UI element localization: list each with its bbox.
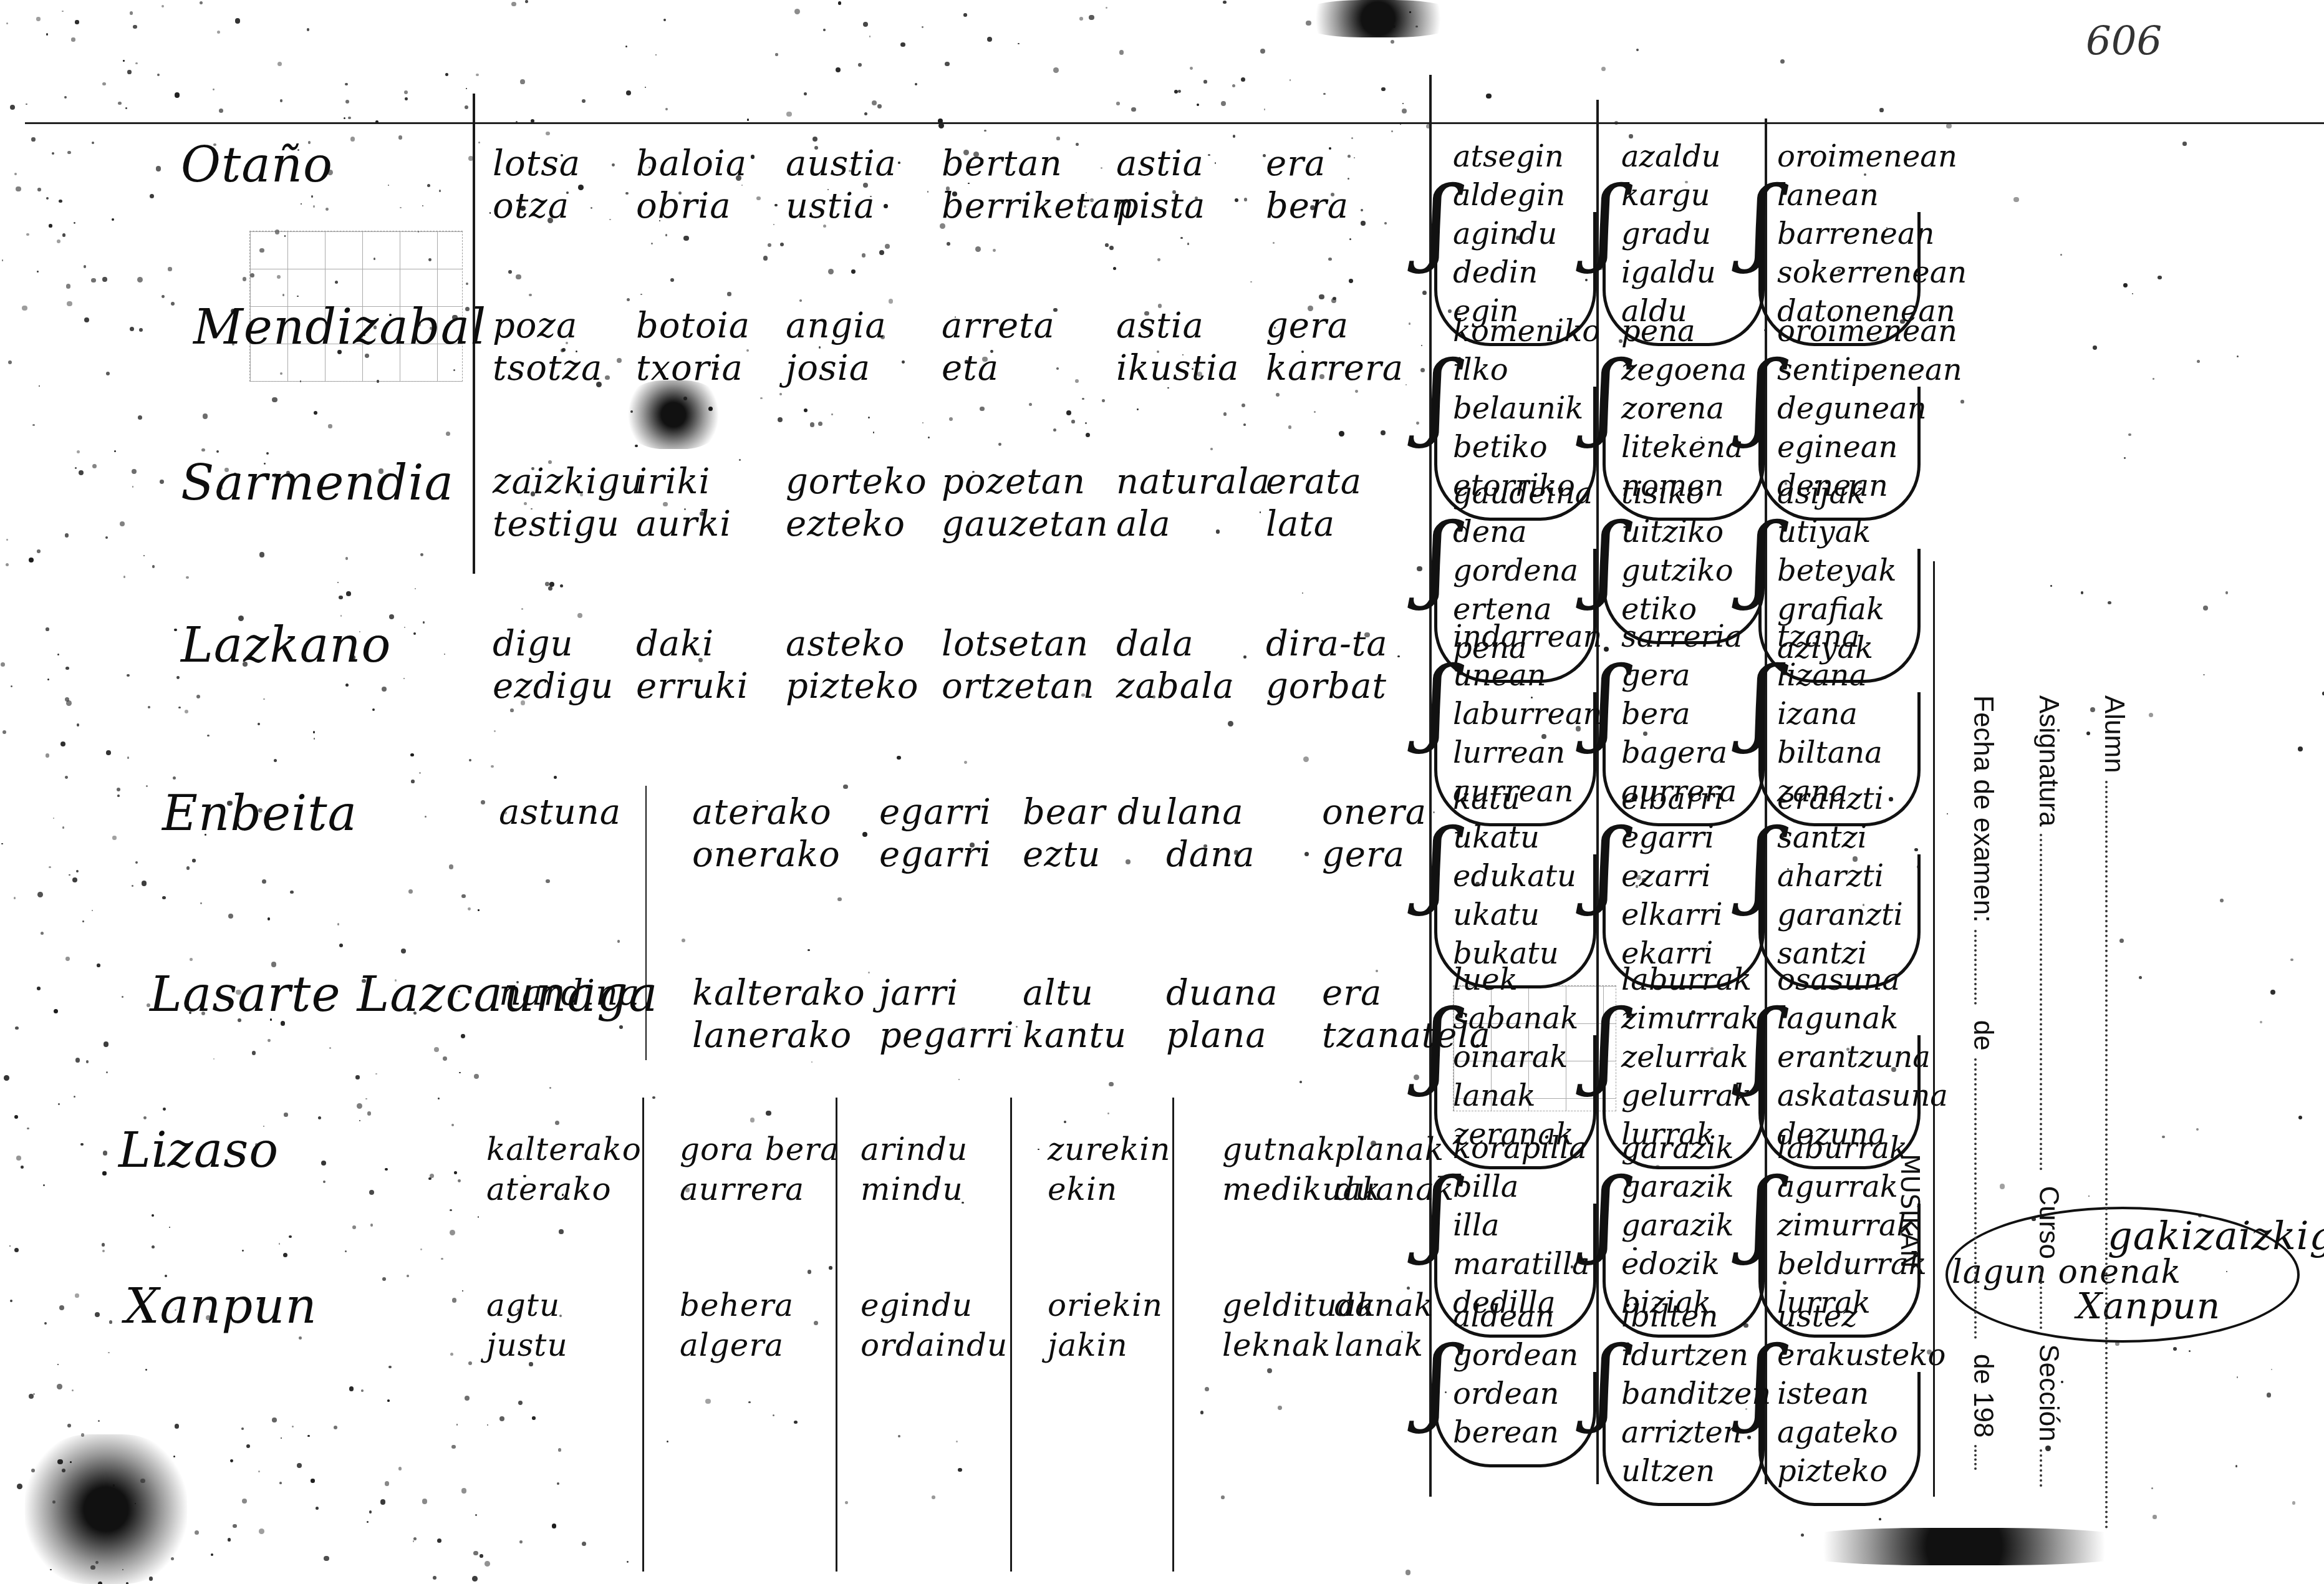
- scan-speck: [525, 0, 528, 3]
- verse-word: iriki: [636, 461, 710, 503]
- scan-speck: [1107, 1113, 1109, 1114]
- scan-speck: [106, 750, 111, 755]
- scan-speck: [95, 1312, 100, 1317]
- scan-speck: [2153, 378, 2154, 380]
- scan-speck: [60, 741, 66, 747]
- scan-speck: [388, 185, 389, 186]
- scan-speck: [862, 832, 868, 838]
- scan-speck: [1056, 137, 1059, 140]
- scan-speck: [741, 185, 743, 186]
- verse-prefix: nardina: [499, 973, 640, 1014]
- scan-speck: [998, 443, 1001, 446]
- scan-speck: [1381, 87, 1385, 91]
- verse-word: mindu: [861, 1169, 963, 1210]
- verse-word: austia: [786, 143, 897, 185]
- fecha-month-dotted-line: [1974, 1058, 1983, 1339]
- scan-speck: [617, 940, 620, 943]
- scan-speck: [1187, 243, 1189, 244]
- alumno-label: Alumn: [2099, 695, 2129, 773]
- scan-speck: [325, 208, 329, 211]
- verse-prefix: astuna: [499, 792, 621, 833]
- form-field-fecha: Fecha de examen: de de 198: [1967, 695, 1999, 1477]
- scan-speck: [22, 306, 27, 311]
- scan-speck: [127, 70, 132, 74]
- ink-blot: [624, 380, 723, 449]
- scan-speck: [932, 1495, 935, 1499]
- scan-speck: [445, 73, 448, 76]
- scan-speck: [518, 1401, 523, 1405]
- scan-speck: [619, 1025, 624, 1030]
- scan-speck: [1879, 1518, 1881, 1520]
- scan-speck: [301, 203, 302, 205]
- scan-speck: [112, 836, 117, 840]
- scan-speck: [59, 200, 62, 203]
- verse-word: dira-ta: [1266, 624, 1388, 665]
- scan-speck: [192, 859, 195, 862]
- scan-speck: [663, 19, 667, 22]
- scan-speck: [109, 1320, 112, 1323]
- verse-word: ezteko: [786, 504, 905, 545]
- scan-speck: [760, 397, 762, 399]
- scan-speck: [75, 467, 76, 468]
- scan-speck: [37, 549, 40, 553]
- scan-speck: [1079, 17, 1082, 20]
- scan-speck: [2153, 1515, 2156, 1519]
- scan-speck: [9, 1245, 11, 1247]
- scan-speck: [46, 33, 49, 36]
- scan-speck: [14, 173, 17, 175]
- scan-speck: [74, 1096, 75, 1098]
- scan-speck: [382, 1277, 386, 1281]
- scan-speck: [57, 654, 59, 655]
- scan-speck: [818, 422, 822, 426]
- scan-speck: [2270, 990, 2275, 995]
- scan-speck: [143, 1116, 147, 1119]
- scan-speck: [2237, 355, 2239, 357]
- scan-speck: [132, 885, 133, 887]
- scan-speck: [258, 1471, 261, 1473]
- scanned-page: 606 Otañolotsabaloiaaustiabertanastiaera…: [0, 0, 2324, 1584]
- scan-speck: [780, 243, 784, 246]
- scan-speck: [617, 358, 622, 363]
- rhyme-word: santzi: [1777, 818, 1903, 857]
- scan-speck: [837, 897, 842, 902]
- scan-speck: [1180, 237, 1182, 239]
- verse-word: gera: [1322, 834, 1405, 876]
- scan-speck: [510, 708, 514, 712]
- scan-speck: [452, 1298, 457, 1303]
- scan-speck: [75, 1058, 80, 1062]
- scan-speck: [67, 301, 72, 307]
- rhyme-word: asijak: [1777, 474, 1897, 513]
- scan-speck: [219, 109, 223, 113]
- scan-speck: [413, 1540, 415, 1542]
- verse-word: bertan: [942, 143, 1063, 185]
- scan-speck: [137, 277, 143, 283]
- scan-speck: [1038, 1149, 1039, 1151]
- scan-speck: [2158, 276, 2161, 279]
- scan-speck: [485, 1561, 490, 1567]
- scan-speck: [2151, 1487, 2153, 1489]
- scan-speck: [6, 563, 9, 566]
- verse-word: berriketan: [942, 186, 1134, 227]
- scan-speck: [27, 1128, 29, 1129]
- scan-speck: [422, 1499, 427, 1504]
- verse-word: arindu: [861, 1129, 968, 1170]
- verse-word: angia: [786, 306, 887, 347]
- scan-speck: [132, 469, 137, 474]
- verse-word: naturala: [1116, 461, 1270, 503]
- asignatura-dotted-line: [2040, 834, 2048, 1171]
- scan-speck: [1349, 279, 1353, 283]
- scan-speck: [62, 11, 63, 12]
- scan-speck: [352, 1225, 356, 1229]
- scan-speck: [446, 432, 450, 436]
- scan-speck: [266, 452, 269, 455]
- verse-word: pozetan: [942, 461, 1086, 503]
- scan-speck: [233, 1524, 237, 1528]
- scan-speck: [1071, 420, 1075, 423]
- rhyme-word: aldegin: [1453, 176, 1565, 215]
- scan-speck: [665, 234, 667, 236]
- scan-speck: [15, 1026, 19, 1030]
- scan-speck: [2197, 360, 2200, 363]
- verse-word: jakin: [1048, 1325, 1128, 1366]
- scan-speck: [582, 99, 586, 104]
- scan-speck: [559, 1229, 564, 1234]
- scan-speck: [794, 9, 800, 14]
- scan-speck: [2, 259, 4, 261]
- column-divider: [1172, 1098, 1174, 1572]
- scan-speck: [1273, 242, 1275, 244]
- scan-speck: [6, 539, 7, 540]
- scan-speck: [836, 67, 841, 72]
- scan-speck: [1250, 281, 1251, 283]
- scan-speck: [174, 629, 177, 632]
- scan-speck: [1351, 137, 1353, 139]
- scan-speck: [451, 1124, 454, 1126]
- scan-speck: [1348, 155, 1351, 158]
- scan-speck: [843, 785, 848, 790]
- singer-name: Sarmendia: [181, 455, 454, 511]
- scan-speck: [1339, 431, 1344, 436]
- scan-speck: [1331, 298, 1336, 302]
- scan-speck: [494, 730, 496, 732]
- scan-speck: [1260, 511, 1261, 513]
- scan-speck: [927, 191, 929, 193]
- scan-speck: [29, 1394, 34, 1399]
- scan-speck: [1361, 221, 1365, 225]
- scan-speck: [46, 753, 49, 757]
- scan-speck: [162, 5, 164, 7]
- scan-speck: [552, 1524, 556, 1528]
- scan-speck: [670, 278, 674, 282]
- verse-word: lanak: [1334, 1325, 1424, 1366]
- verse-word: altu: [1023, 973, 1094, 1014]
- scan-speck: [369, 1510, 372, 1513]
- scan-speck: [1314, 411, 1316, 413]
- verse-word: kalterako: [692, 973, 865, 1014]
- verse-word: aterako: [486, 1169, 612, 1210]
- scan-speck: [357, 1103, 362, 1109]
- scan-speck: [235, 18, 240, 23]
- scan-speck: [339, 944, 343, 947]
- scan-speck: [1260, 49, 1265, 54]
- scan-speck: [1233, 135, 1236, 138]
- verse-word: pista: [1116, 186, 1205, 227]
- scan-speck: [1190, 67, 1193, 70]
- scan-speck: [980, 407, 985, 412]
- scan-speck: [683, 236, 688, 241]
- verse-word: jarri: [879, 973, 958, 1014]
- verse-word: oriekin: [1048, 1285, 1163, 1326]
- scan-speck: [355, 1075, 360, 1079]
- scan-speck: [811, 1061, 812, 1063]
- scan-speck: [727, 292, 731, 296]
- scan-speck: [478, 142, 481, 144]
- verse-word: ekin: [1048, 1169, 1117, 1210]
- verse-word: obria: [636, 186, 731, 227]
- scan-speck: [62, 826, 65, 829]
- scan-speck: [228, 914, 234, 919]
- verse-word: zabala: [1116, 666, 1234, 707]
- scan-speck: [489, 212, 491, 214]
- scan-speck: [454, 1171, 456, 1174]
- verse-word: erata: [1266, 461, 1362, 503]
- scan-speck: [345, 557, 349, 560]
- verse-word: behera: [680, 1285, 794, 1326]
- scan-speck: [1105, 243, 1109, 247]
- scan-speck: [1216, 529, 1220, 534]
- scan-speck: [1, 843, 2, 844]
- verse-word: agtu: [486, 1285, 560, 1326]
- scan-speck: [133, 25, 137, 29]
- verse-word: leknak: [1222, 1325, 1331, 1366]
- rhyme-word: garazik: [1621, 1129, 1734, 1167]
- scan-speck: [1016, 1026, 1018, 1028]
- scan-speck: [44, 1322, 47, 1325]
- scan-speck: [984, 130, 986, 132]
- scan-speck: [132, 486, 134, 488]
- scan-speck: [465, 1396, 470, 1401]
- rhyme-word: uitziko: [1621, 513, 1733, 551]
- scan-speck: [511, 2, 516, 6]
- scan-speck: [897, 756, 900, 760]
- scan-speck: [65, 533, 69, 538]
- scan-speck: [439, 190, 441, 192]
- scan-speck: [480, 1554, 483, 1558]
- scan-speck: [127, 674, 130, 677]
- singer-name: Otaño: [181, 137, 333, 193]
- rhyme-word: oroimenean: [1777, 312, 1962, 350]
- scan-speck: [2298, 1116, 2302, 1119]
- verse-word: lotsetan: [942, 624, 1089, 665]
- scan-speck: [77, 450, 80, 453]
- rhyme-word: laburrak: [1621, 960, 1759, 999]
- scan-speck: [451, 1445, 456, 1449]
- scan-speck: [516, 274, 521, 279]
- scan-speck: [928, 437, 930, 438]
- verse-word: karrera: [1266, 348, 1404, 389]
- verse-word: kantu: [1023, 1015, 1127, 1056]
- scan-speck: [130, 327, 134, 331]
- scan-speck: [2000, 1184, 2005, 1189]
- scan-speck: [1137, 408, 1139, 410]
- scan-speck: [127, 756, 129, 758]
- scan-speck: [8, 360, 12, 364]
- rhyme-word: garazik: [1621, 1167, 1734, 1206]
- scan-speck: [1391, 130, 1393, 132]
- scan-speck: [1085, 422, 1087, 424]
- scan-speck: [79, 470, 84, 475]
- scan-speck: [401, 949, 406, 954]
- rhyme-word: osasuna: [1777, 960, 1948, 999]
- scan-speck: [1319, 294, 1324, 299]
- scan-speck: [1018, 43, 1020, 45]
- scan-speck: [102, 1250, 105, 1252]
- scan-speck: [2182, 142, 2187, 146]
- scan-speck: [80, 1143, 84, 1146]
- scan-speck: [246, 1444, 250, 1448]
- scan-speck: [532, 1416, 536, 1420]
- scan-speck: [26, 233, 29, 236]
- scan-speck: [37, 892, 43, 897]
- scan-speck: [91, 278, 95, 283]
- scan-speck: [281, 1437, 282, 1439]
- scan-speck: [993, 249, 996, 252]
- scan-speck: [57, 1364, 59, 1366]
- verse-word: gora bera: [680, 1129, 839, 1170]
- scan-speck: [105, 536, 108, 539]
- scan-speck: [6, 22, 8, 24]
- scan-speck: [2093, 345, 2097, 350]
- scan-speck: [425, 816, 427, 818]
- verse-word: kalterako: [486, 1129, 642, 1170]
- scan-speck: [1221, 1495, 1225, 1499]
- scan-speck: [1780, 59, 1785, 64]
- scan-speck: [323, 1181, 325, 1183]
- scan-speck: [185, 710, 188, 713]
- scan-speck: [337, 582, 339, 583]
- fecha-year-label: de 198: [1968, 1354, 1999, 1438]
- scan-speck: [259, 1528, 264, 1534]
- scan-speck: [268, 1039, 271, 1042]
- scan-speck: [1089, 15, 1094, 20]
- scan-speck: [242, 1499, 247, 1504]
- scan-speck: [474, 1074, 479, 1079]
- scan-speck: [549, 1087, 551, 1089]
- scan-speck: [665, 108, 668, 110]
- scan-speck: [36, 17, 40, 21]
- scan-speck: [415, 588, 416, 589]
- scan-speck: [75, 20, 79, 24]
- scan-speck: [367, 1521, 369, 1523]
- scan-speck: [419, 772, 421, 774]
- scan-speck: [2267, 1393, 2271, 1397]
- rhyme-word: billa: [1453, 1167, 1590, 1206]
- rhyme-word: tzana: [1777, 617, 1883, 656]
- scan-speck: [171, 302, 175, 306]
- scan-speck: [863, 22, 868, 27]
- rhyme-word: azaldu: [1621, 137, 1721, 176]
- scan-speck: [168, 267, 171, 271]
- scan-speck: [165, 1275, 167, 1277]
- scan-speck: [2203, 674, 2205, 676]
- scan-speck: [67, 151, 70, 154]
- scan-speck: [2108, 601, 2111, 604]
- scan-speck: [2013, 197, 2019, 203]
- scan-speck: [609, 219, 610, 220]
- scan-speck: [207, 735, 210, 737]
- scan-speck: [1243, 655, 1246, 659]
- scan-speck: [37, 188, 41, 191]
- scan-speck: [885, 244, 890, 249]
- scan-speck: [16, 1156, 21, 1161]
- scan-speck: [963, 13, 967, 16]
- scan-speck: [65, 776, 68, 779]
- verse-word: gorteko: [786, 461, 927, 503]
- scan-speck: [135, 62, 138, 65]
- scan-speck: [26, 104, 27, 105]
- verse-word: egarri: [879, 834, 991, 876]
- scan-speck: [667, 1441, 668, 1442]
- scan-speck: [411, 780, 415, 783]
- scan-speck: [578, 185, 584, 190]
- scan-speck: [102, 1243, 105, 1246]
- scan-speck: [1409, 322, 1410, 324]
- form-field-asignatura: Asignatura Curso Sección: [2033, 695, 2064, 1494]
- scan-speck: [178, 707, 181, 709]
- scan-speck: [1101, 167, 1102, 169]
- scan-speck: [1381, 430, 1386, 435]
- rhyme-column-divider: [1429, 75, 1432, 1497]
- scan-speck: [1086, 433, 1090, 437]
- scan-speck: [272, 397, 277, 402]
- scan-speck: [922, 422, 923, 423]
- scan-speck: [345, 683, 349, 687]
- scan-speck: [1223, 1, 1227, 4]
- scan-speck: [546, 879, 549, 883]
- scan-speck: [1223, 412, 1227, 415]
- scan-speck: [2162, 1136, 2164, 1138]
- verse-word: baloia: [636, 143, 747, 185]
- scan-speck: [407, 1275, 408, 1277]
- scan-speck: [344, 117, 345, 119]
- scan-speck: [1405, 1570, 1410, 1575]
- scan-speck: [1278, 1406, 1282, 1410]
- scan-speck: [987, 37, 992, 42]
- verse-word: testigu: [493, 504, 620, 545]
- scan-speck: [152, 565, 155, 568]
- scan-speck: [851, 269, 856, 274]
- group-underline: [1603, 1372, 1765, 1506]
- scan-speck: [398, 135, 402, 139]
- scan-speck: [438, 1098, 440, 1099]
- scan-speck: [32, 424, 35, 427]
- scan-speck: [290, 891, 294, 894]
- scan-speck: [2298, 746, 2303, 751]
- scan-speck: [313, 205, 315, 207]
- scan-speck: [778, 417, 783, 422]
- asignatura-label: Asignatura: [2033, 695, 2064, 826]
- scan-speck: [230, 1459, 233, 1462]
- scan-speck: [2086, 732, 2090, 735]
- verse-word: astia: [1116, 143, 1204, 185]
- scan-speck: [627, 1561, 629, 1563]
- scan-speck: [557, 1482, 559, 1485]
- rhyme-word: zimurrak: [1621, 999, 1759, 1038]
- scan-speck: [67, 1424, 71, 1427]
